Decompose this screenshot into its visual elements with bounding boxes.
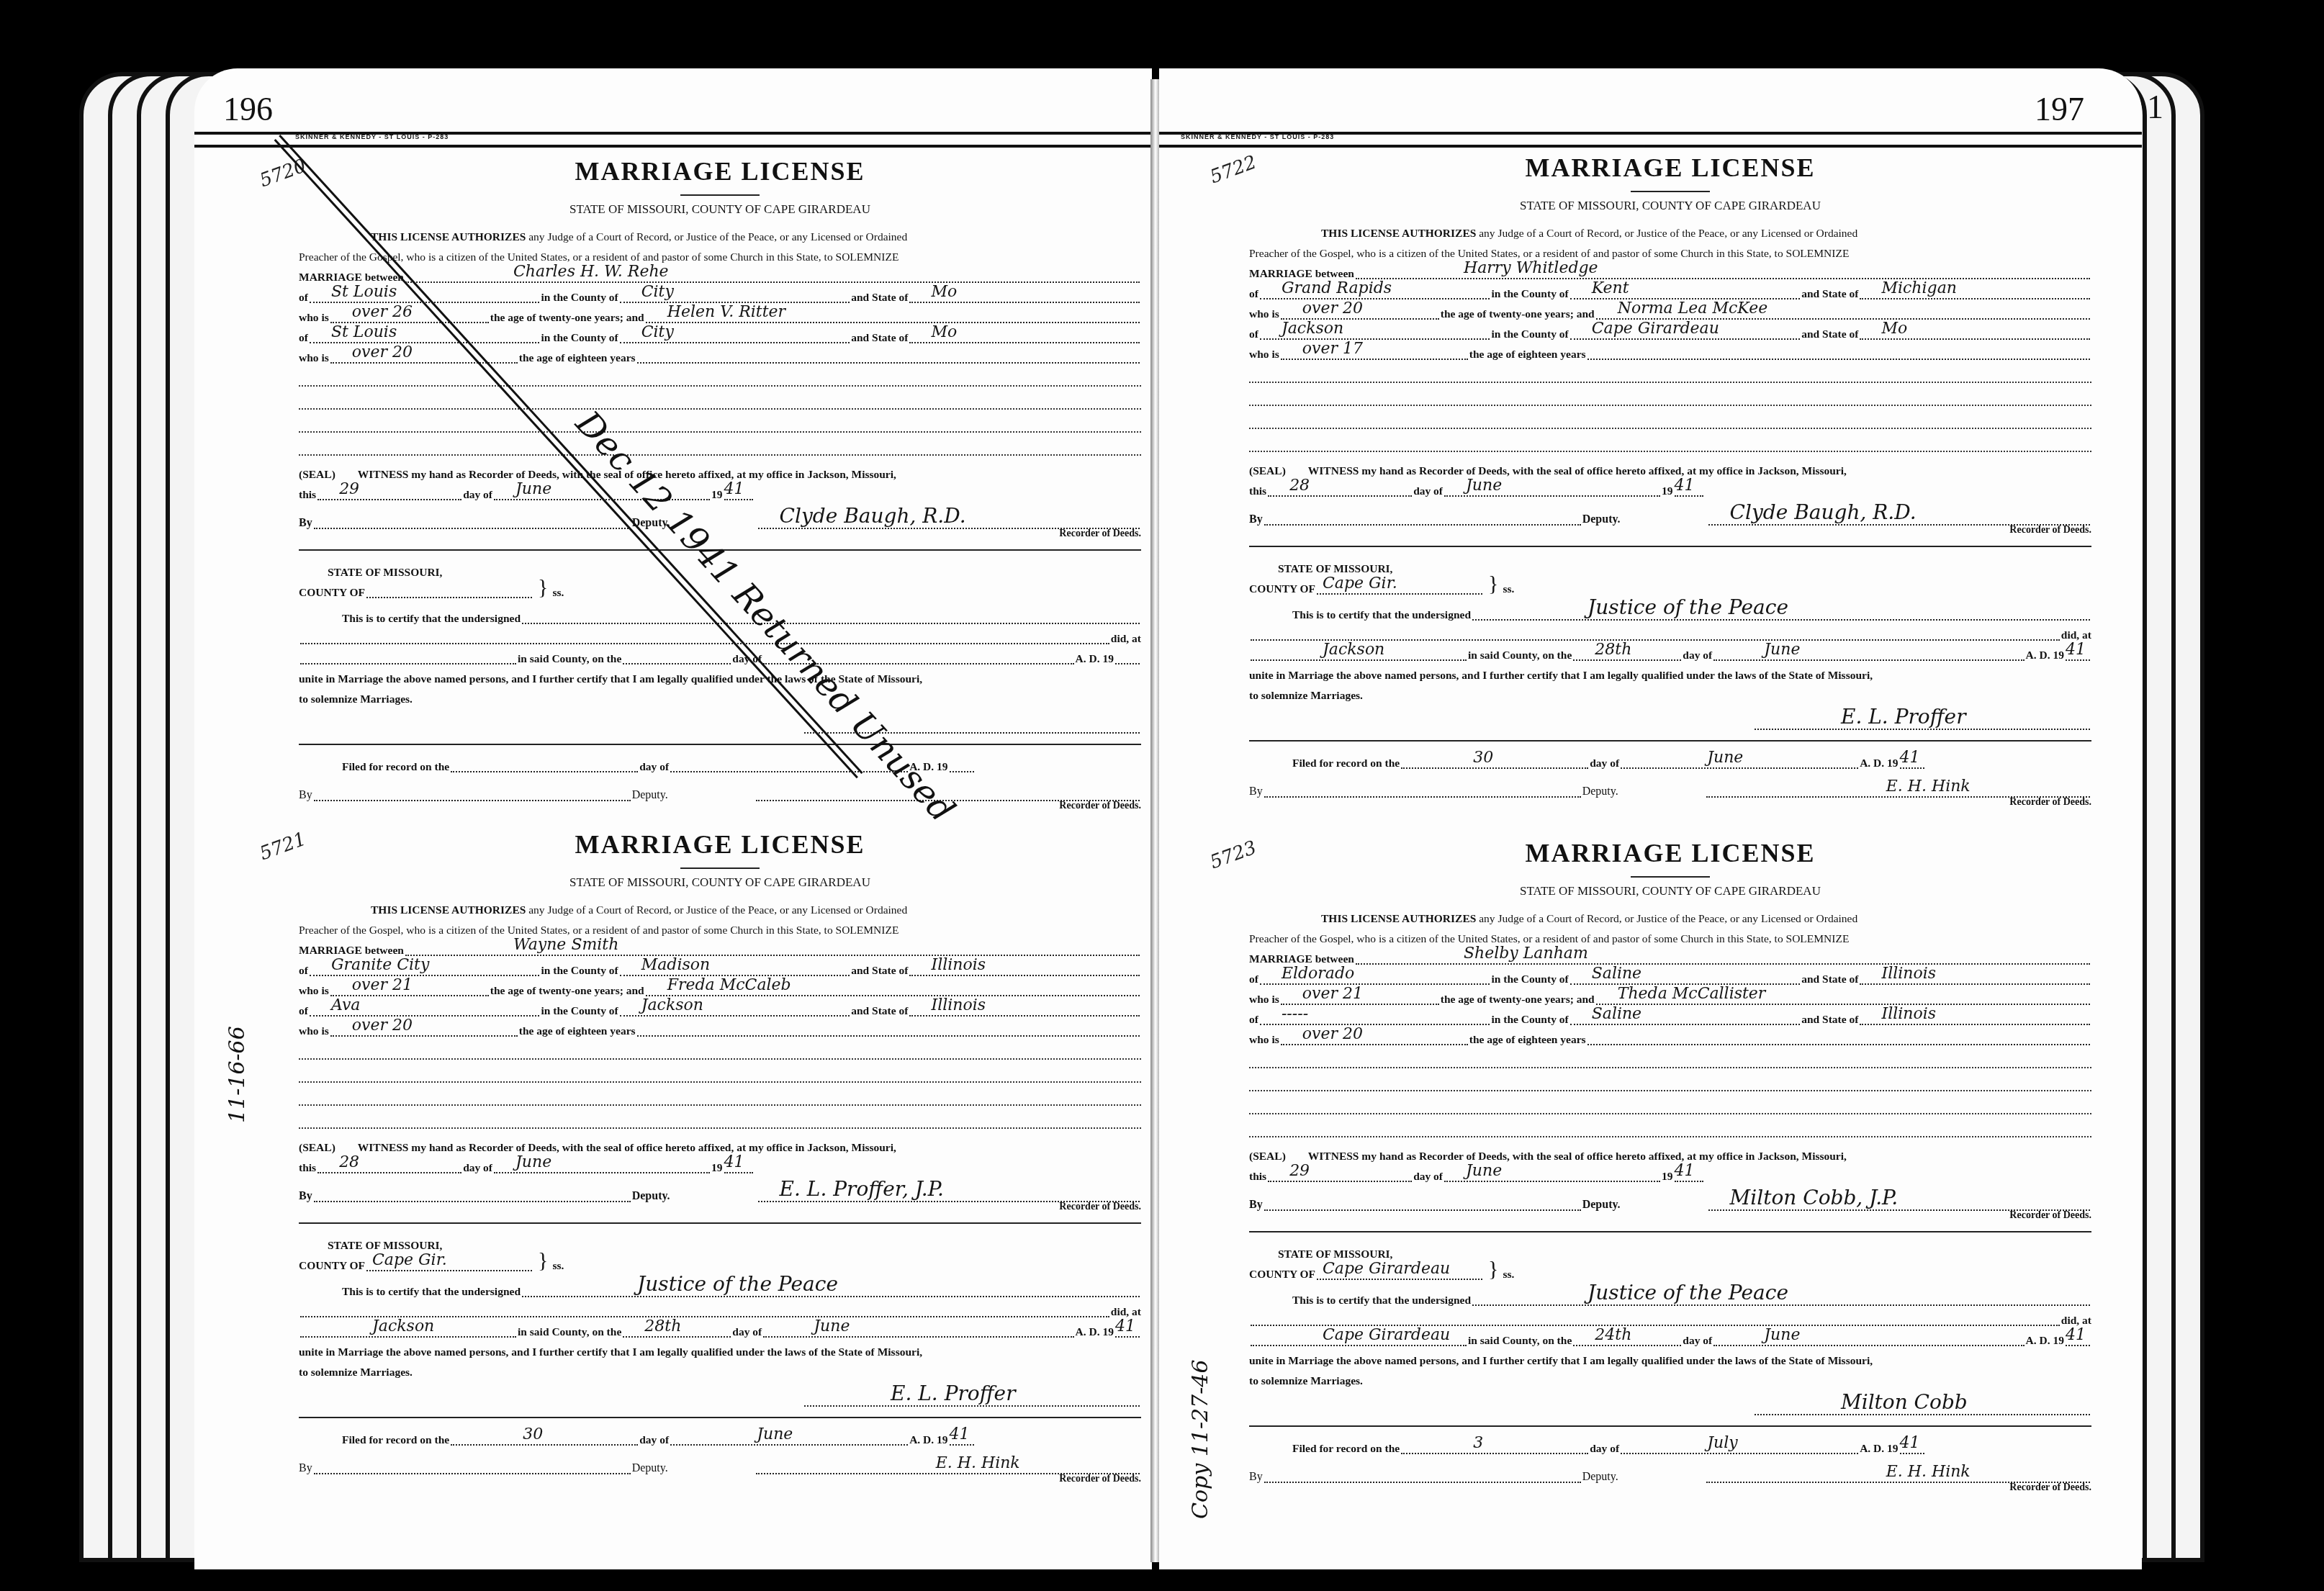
spacer: } [538,1250,548,1271]
fill-in-line: Harry Whitledge [1356,265,2090,279]
fill-in-line: Jackson [1251,646,1467,661]
fill-in-line [637,1022,1140,1037]
form-label: Deputy. [1582,1199,1621,1211]
groom-county: Madison [641,957,710,973]
groom-city: Grand Rapids [1282,281,1392,297]
filed-row: Filed for record on the3day ofJulyA. D. … [1249,1434,2091,1454]
preacher-line: Preacher of the Gospel, who is a citizen… [299,916,1141,936]
witness-row: (SEAL) WITNESS my hand as Recorder of De… [299,460,1141,480]
officiant-signature: Milton Cobb [1841,1392,1968,1412]
form-label: A. D. 19 [2026,650,2064,662]
bride-age: over 20 [1302,1027,1363,1042]
form-label: and State of [1801,974,1858,986]
groom-age-row: who isover 21the age of twenty-one years… [1249,985,2091,1005]
issued-month: June [1466,1163,1502,1179]
ceremony-month: June [1764,642,1800,658]
fill-in-line: City [620,329,850,343]
officiant-title: Justice of the Peace [1587,598,1788,618]
form-label: Filed for record on the [1292,1443,1400,1455]
bride-age-row: who isover 17the age of eighteen years [1249,340,2091,360]
recorder-signature: Clyde Baugh, R.D. [780,506,966,526]
form-label: any Judge of a Court of Record, or Justi… [528,232,907,243]
section-divider [299,1417,1141,1418]
ceremony-month: June [1764,1328,1800,1343]
fill-in-line: June [670,1431,908,1446]
form-label: STATE OF MISSOURI, [1278,564,1392,575]
fill-in-line: Cape Girardeau [1570,325,1801,340]
form-label: day of [1413,486,1443,497]
groom-city: St Louis [331,284,397,300]
filed-year: 41 [950,1427,970,1443]
fill-in-line: 41 [2066,1332,2090,1346]
form-label: This is to certify that the undersigned [1292,1295,1471,1307]
bride-county: Saline [1592,1006,1641,1022]
form-label: THIS LICENSE AUTHORIZES [1321,228,1476,240]
form-label: MARRIAGE between [1249,954,1354,965]
fill-in-line: E. L. Proffer [1755,716,2090,730]
fill-in-line: 29 [317,486,461,500]
fill-in-line: over 20 [330,349,518,364]
fill-in-line: Milton Cobb [1755,1401,2090,1415]
fill-in-line [314,1460,631,1474]
fill-in-line: E. L. Proffer [804,1392,1140,1407]
bride-residence-row: ofAvain the County ofJacksonand State of… [299,996,1141,1017]
bride-city: Jackson [1282,321,1343,337]
form-label: A. D. 19 [1860,758,1898,770]
form-label: COUNTY OF [1249,584,1315,595]
license-number: 5721 [258,829,309,863]
form-label: to solemnize Marriages. [299,694,413,706]
did-at-row: did, at [299,1297,1141,1317]
state-county-heading: STATE OF MISSOURI, COUNTY OF CAPE GIRARD… [1249,199,2091,212]
fill-in-line: 41 [950,1431,974,1446]
filed-recorder: E. H. Hink [1886,1464,1971,1480]
fill-in-line: Ava [310,1002,540,1017]
ceremony-place: Jackson [372,1319,434,1335]
form-label: Filed for record on the [342,762,449,773]
fill-in-line [1264,1469,1581,1483]
ceremony-row: Jacksonin said County, on the28thday ofJ… [299,1317,1141,1338]
form-label: in the County of [1491,289,1568,300]
bride-county: Cape Girardeau [1592,321,1719,337]
preacher-line: Preacher of the Gospel, who is a citizen… [1249,924,2091,945]
filed-month: June [757,1427,793,1443]
fill-in-line [451,758,638,772]
fill-in-line: Illinois [1860,970,2090,985]
fill-in-line: Clyde Baugh, R.D. [758,515,1140,529]
preacher-line: Preacher of the Gospel, who is a citizen… [1249,239,2091,259]
fill-in-line: Cape Girardeau [1251,1332,1467,1346]
form-label: in the County of [541,333,618,344]
form-label: of [1249,289,1258,300]
recorder-label: Recorder of Deeds. [1249,798,2091,808]
blank-line [1249,406,2091,429]
solemnize-row: to solemnize Marriages. [1249,1366,2091,1387]
fill-in-line [300,650,516,664]
fill-in-line: St Louis [310,329,540,343]
recorder-label: Recorder of Deeds. [1249,1483,2091,1493]
section-divider [299,1222,1141,1224]
fill-in-line: 3 [1401,1440,1588,1454]
form-label: ss. [1503,584,1514,595]
state-county-heading: STATE OF MISSOURI, COUNTY OF CAPE GIRARD… [299,876,1141,888]
blank-line [1249,383,2091,406]
form-label: THIS LICENSE AUTHORIZES [371,905,526,916]
form-label: day of [1683,1335,1712,1347]
certify-row: This is to certify that the undersignedJ… [1249,1286,2091,1306]
fill-in-line: Freda McCaleb [646,982,1140,996]
section-divider [1249,740,2091,742]
fill-in-line: 28th [1573,646,1681,661]
form-label: who is [299,986,329,997]
form-label: and State of [851,292,908,304]
fill-in-line: over 21 [1281,991,1439,1005]
issued-day: 28 [339,1155,359,1171]
bride-residence-row: of-----in the County ofSalineand State o… [1249,1005,2091,1025]
form-label: who is [1249,994,1279,1006]
blank-line [299,1060,1141,1083]
fill-in-line: Theda McCallister [1596,991,2090,1005]
fill-in-line [950,758,974,772]
form-label: of [299,965,308,977]
recorder-signature-row: ByDeputy.Clyde Baugh, R.D. [1249,497,2091,526]
recorder-signature: Clyde Baugh, R.D. [1730,502,1917,523]
fill-in-line: Cape Girardeau [1317,1266,1482,1280]
issued-year: 41 [724,1155,744,1171]
form-label: ss. [1503,1269,1514,1281]
blank-line [299,1106,1141,1129]
title-divider [680,867,760,869]
issued-day: 28 [1289,478,1310,494]
filed-recorder-row: ByDeputy.E. H. Hink [299,1446,1141,1474]
fill-in-line: Jackson [300,1323,516,1338]
form-label: By [299,1191,312,1202]
groom-state: Mo [931,284,957,300]
groom-county: Kent [1592,281,1629,297]
blank-line [299,410,1141,433]
form-label: day of [639,1435,669,1446]
certify-row: This is to certify that the undersignedJ… [299,1277,1141,1297]
witness-row: (SEAL) WITNESS my hand as Recorder of De… [1249,456,2091,477]
ceremony-day: 24th [1595,1328,1631,1343]
unite-row: unite in Marriage the above named person… [299,1338,1141,1358]
ceremony-row: Cape Girardeauin said County, on the24th… [1249,1326,2091,1346]
form-label: (SEAL) [1249,1151,1286,1163]
margin-note-left: 11-16-66 [225,1026,250,1123]
bride-city: St Louis [331,325,397,341]
form-label: STATE OF MISSOURI, [1278,1249,1392,1261]
bride-county: Jackson [641,998,703,1014]
form-label: MARRIAGE between [1249,269,1354,280]
form-label: the age of twenty-one years; and [490,312,644,324]
bride-name: Theda McCallister [1618,986,1766,1002]
fill-in-line: Justice of the Peace [522,1283,1140,1297]
margin-note-gutter: Copy 11-27-46 [1188,1360,1213,1520]
form-label: COUNTY OF [299,1261,365,1272]
fill-in-line: Mo [1860,325,2090,340]
groom-name: Shelby Lanham [1464,946,1588,962]
form-label: this [1249,1171,1266,1183]
fill-in-line: 41 [724,486,753,500]
bride-state: Mo [931,325,957,341]
authorizes-line: THIS LICENSE AUTHORIZES any Judge of a C… [1249,219,2091,239]
bride-name: Helen V. Ritter [667,305,785,320]
issued-year: 41 [1675,478,1695,494]
fill-in-line: Clyde Baugh, R.D. [1708,511,2090,526]
ceremony-year: 41 [1115,1319,1135,1335]
spacer: } [1488,1258,1498,1280]
section-divider [299,744,1141,745]
fill-in-line: 29 [1268,1168,1412,1182]
form-label: COUNTY OF [299,587,365,599]
fill-in-line: Grand Rapids [1260,285,1490,299]
form-label: Preacher of the Gospel, who is a citizen… [1249,248,1849,260]
form-label: the age of eighteen years [1469,349,1586,361]
form-label: COUNTY OF [1249,1269,1315,1281]
recorder-signature: Milton Cobb, J.P. [1730,1188,1899,1208]
issued-day: 29 [339,482,359,497]
cert-county-row: COUNTY OFCape Girardeau}ss. [1249,1260,2091,1280]
form-label: Preacher of the Gospel, who is a citizen… [1249,934,1849,945]
fill-in-line [300,630,1109,644]
section-divider [1249,1231,2091,1232]
blank-line [1249,360,2091,383]
bride-residence-row: ofSt Louisin the County ofCityand State … [299,323,1141,343]
issued-year: 41 [724,482,744,497]
officiant-signature-row: E. L. Proffer [1249,701,2091,730]
solemnize-row: to solemnize Marriages. [1249,681,2091,701]
form-label: in the County of [541,292,618,304]
form-label: MARRIAGE between [299,945,404,957]
fill-in-line [366,584,532,598]
ceremony-row: Jacksonin said County, on the28thday ofJ… [1249,641,2091,661]
form-label: who is [299,312,329,324]
spacer: } [538,577,548,598]
page-number-right: 197 [2035,90,2084,128]
form-label: who is [1249,1035,1279,1046]
form-label: in the County of [1491,329,1568,341]
form-label: By [1249,1199,1263,1211]
groom-age-row: who isover 21the age of twenty-one years… [299,976,1141,996]
blank-line [299,387,1141,410]
license-5723: 5723 MARRIAGE LICENSE STATE OF MISSOURI,… [1249,840,2091,1493]
fill-in-line [623,650,731,664]
fill-in-line: Shelby Lanham [1356,950,2090,965]
state-of-missouri: STATE OF MISSOURI, [1249,1240,2091,1260]
fill-in-line: over 21 [330,982,489,996]
did-at-row: did, at [1249,621,2091,641]
form-label: who is [1249,309,1279,320]
blank-line [1249,429,2091,452]
fill-in-line: 30 [451,1431,638,1446]
blank-line [299,1083,1141,1106]
fill-in-line: 28 [317,1159,461,1173]
officiant-signature-row: Milton Cobb [1249,1387,2091,1415]
recorder-signature-row: ByDeputy.E. L. Proffer, J.P. [299,1173,1141,1202]
filed-month: June [1707,750,1743,766]
fill-in-line: Wayne Smith [405,942,1140,956]
form-label: this [1249,486,1266,497]
fill-in-line: E. H. Hink [1706,783,2090,798]
form-label: day of [732,1327,762,1338]
form-label: STATE OF MISSOURI, [328,1240,442,1252]
fill-in-line [1115,650,1140,664]
groom-name: Harry Whitledge [1464,261,1598,276]
bride-name: Norma Lea McKee [1618,301,1767,317]
form-label: to solemnize Marriages. [1249,690,1363,702]
form-label: the age of twenty-one years; and [1441,994,1595,1006]
form-label: unite in Marriage the above named person… [299,1347,922,1358]
bride-age: over 20 [352,345,413,361]
form-label: WITNESS my hand as Recorder of Deeds, wi… [358,1142,896,1154]
filed-recorder-row: ByDeputy. [299,772,1141,801]
next-tab-number: 1 [2147,88,2163,126]
bride-name: Freda McCaleb [667,978,791,993]
unite-row: unite in Marriage the above named person… [299,664,1141,685]
fill-in-line: E. H. Hink [756,1460,1140,1474]
issued-month: June [1466,478,1502,494]
fill-in-line: 41 [1675,1168,1703,1182]
bride-age-row: who isover 20the age of eighteen years [299,343,1141,364]
groom-state: Illinois [1881,966,1936,982]
fill-in-line: Kent [1570,285,1801,299]
spacer: } [1488,573,1498,595]
license-title: MARRIAGE LICENSE [299,158,1141,184]
filed-recorder: E. H. Hink [1886,779,1971,795]
form-label: MARRIAGE between [299,272,404,284]
fill-in-line: June [494,1159,710,1173]
form-label: day of [639,762,669,773]
fill-in-line: Granite City [310,962,540,976]
recorder-label: Recorder of Deeds. [299,1202,1141,1212]
fill-in-line: Cape Gir. [366,1257,532,1271]
witness-row: (SEAL) WITNESS my hand as Recorder of De… [1249,1142,2091,1162]
groom-age: over 21 [352,978,413,993]
fill-in-line [1587,1031,2090,1045]
form-label: any Judge of a Court of Record, or Justi… [1479,228,1857,240]
form-label: in the County of [1491,1014,1568,1026]
form-label: ss. [552,1261,564,1272]
form-label: any Judge of a Court of Record, or Justi… [528,905,907,916]
groom-county: City [641,284,674,300]
issued-date-row: this29day ofJune1941 [299,480,1141,500]
form-label: This is to certify that the undersigned [1292,610,1471,621]
state-of-missouri: STATE OF MISSOURI, [1249,554,2091,574]
form-label: who is [299,353,329,364]
groom-residence-row: ofGrand Rapidsin the County ofKentand St… [1249,279,2091,299]
license-5722: 5722 MARRIAGE LICENSE STATE OF MISSOURI,… [1249,155,2091,808]
fill-in-line: ----- [1260,1011,1490,1025]
fill-in-line: June [1713,1332,2024,1346]
form-label: did, at [1111,634,1141,645]
form-label: in the County of [1491,974,1568,986]
bride-residence-row: ofJacksonin the County ofCape Girardeaua… [1249,320,2091,340]
authorizes-line: THIS LICENSE AUTHORIZES any Judge of a C… [299,222,1141,243]
fill-in-line: June [763,1323,1073,1338]
fill-in-line [1251,1312,2060,1326]
form-label: By [1249,786,1263,798]
ceremony-place: Cape Girardeau [1323,1328,1450,1343]
groom-name-row: MARRIAGE betweenShelby Lanham [1249,945,2091,965]
form-label: in said County, on the [518,654,621,665]
blank-line [299,364,1141,387]
filed-month: July [1707,1435,1737,1451]
fill-in-line: Norma Lea McKee [1596,305,2090,320]
form-label: A. D. 19 [1860,1443,1898,1455]
fill-in-line [637,349,1140,364]
bride-state: Illinois [931,998,986,1014]
title-divider [1631,876,1710,878]
fill-in-line: 41 [2066,646,2090,661]
groom-name-row: MARRIAGE betweenHarry Whitledge [1249,259,2091,279]
ceremony-day: 28th [644,1319,681,1335]
issued-year: 41 [1675,1163,1695,1179]
fill-in-line [314,515,631,529]
fill-in-line: Jackson [1260,325,1490,340]
issued-date-row: this28day ofJune1941 [1249,477,2091,497]
form-label: (SEAL) [299,469,335,481]
form-label: in said County, on the [518,1327,621,1338]
filed-day: 30 [1473,750,1493,766]
ceremony-place: Jackson [1323,642,1384,658]
form-label: the age of twenty-one years; and [490,986,644,997]
preacher-line: Preacher of the Gospel, who is a citizen… [299,243,1141,263]
form-label: of [299,1006,308,1017]
form-label: any Judge of a Court of Record, or Justi… [1479,914,1857,925]
filed-year: 41 [1900,1435,1920,1451]
fill-in-line: Mo [909,329,1140,343]
form-label: did, at [2061,1315,2091,1327]
form-label: who is [299,1026,329,1037]
form-label: of [1249,329,1258,341]
issued-day: 29 [1289,1163,1310,1179]
fill-in-line: Justice of the Peace [1472,1292,2090,1306]
title-divider [1631,191,1710,192]
groom-state: Illinois [931,957,986,973]
fill-in-line: June [1444,482,1660,497]
form-label: the age of eighteen years [1469,1035,1586,1046]
fill-in-line: Jackson [620,1002,850,1017]
blank-line [1249,1045,2091,1068]
fill-in-line: over 20 [1281,1031,1468,1045]
fill-in-line: 24th [1573,1332,1681,1346]
form-label: THIS LICENSE AUTHORIZES [1321,914,1476,925]
form-label: day of [463,1163,492,1174]
form-label: Filed for record on the [342,1435,449,1446]
groom-name: Charles H. W. Rehe [513,264,669,280]
license-number: 5723 [1208,838,1259,872]
form-label: in the County of [541,965,618,977]
filed-recorder-row: ByDeputy.E. H. Hink [1249,1454,2091,1483]
officiant-title: Justice of the Peace [1587,1283,1788,1303]
form-label: Deputy. [1582,514,1621,526]
recorder-label: Recorder of Deeds. [1249,1211,2091,1221]
form-label: in the County of [541,1006,618,1017]
form-label: day of [1683,650,1712,662]
fill-in-line: Helen V. Ritter [646,309,1140,323]
form-label: the age of eighteen years [519,353,636,364]
form-label: ss. [552,587,564,599]
fill-in-line: Justice of the Peace [1472,606,2090,621]
form-label: Deputy. [632,1191,670,1202]
form-label: WITNESS my hand as Recorder of Deeds, wi… [1308,1151,1847,1163]
license-5721: 5721 MARRIAGE LICENSE STATE OF MISSOURI,… [299,831,1141,1484]
authorizes-line: THIS LICENSE AUTHORIZES any Judge of a C… [1249,904,2091,924]
form-label: day of [1590,1443,1619,1455]
blank-line [299,433,1141,456]
printer-imprint: SKINNER & KENNEDY - ST LOUIS - P-283 [295,133,449,140]
fill-in-line: Illinois [909,962,1140,976]
